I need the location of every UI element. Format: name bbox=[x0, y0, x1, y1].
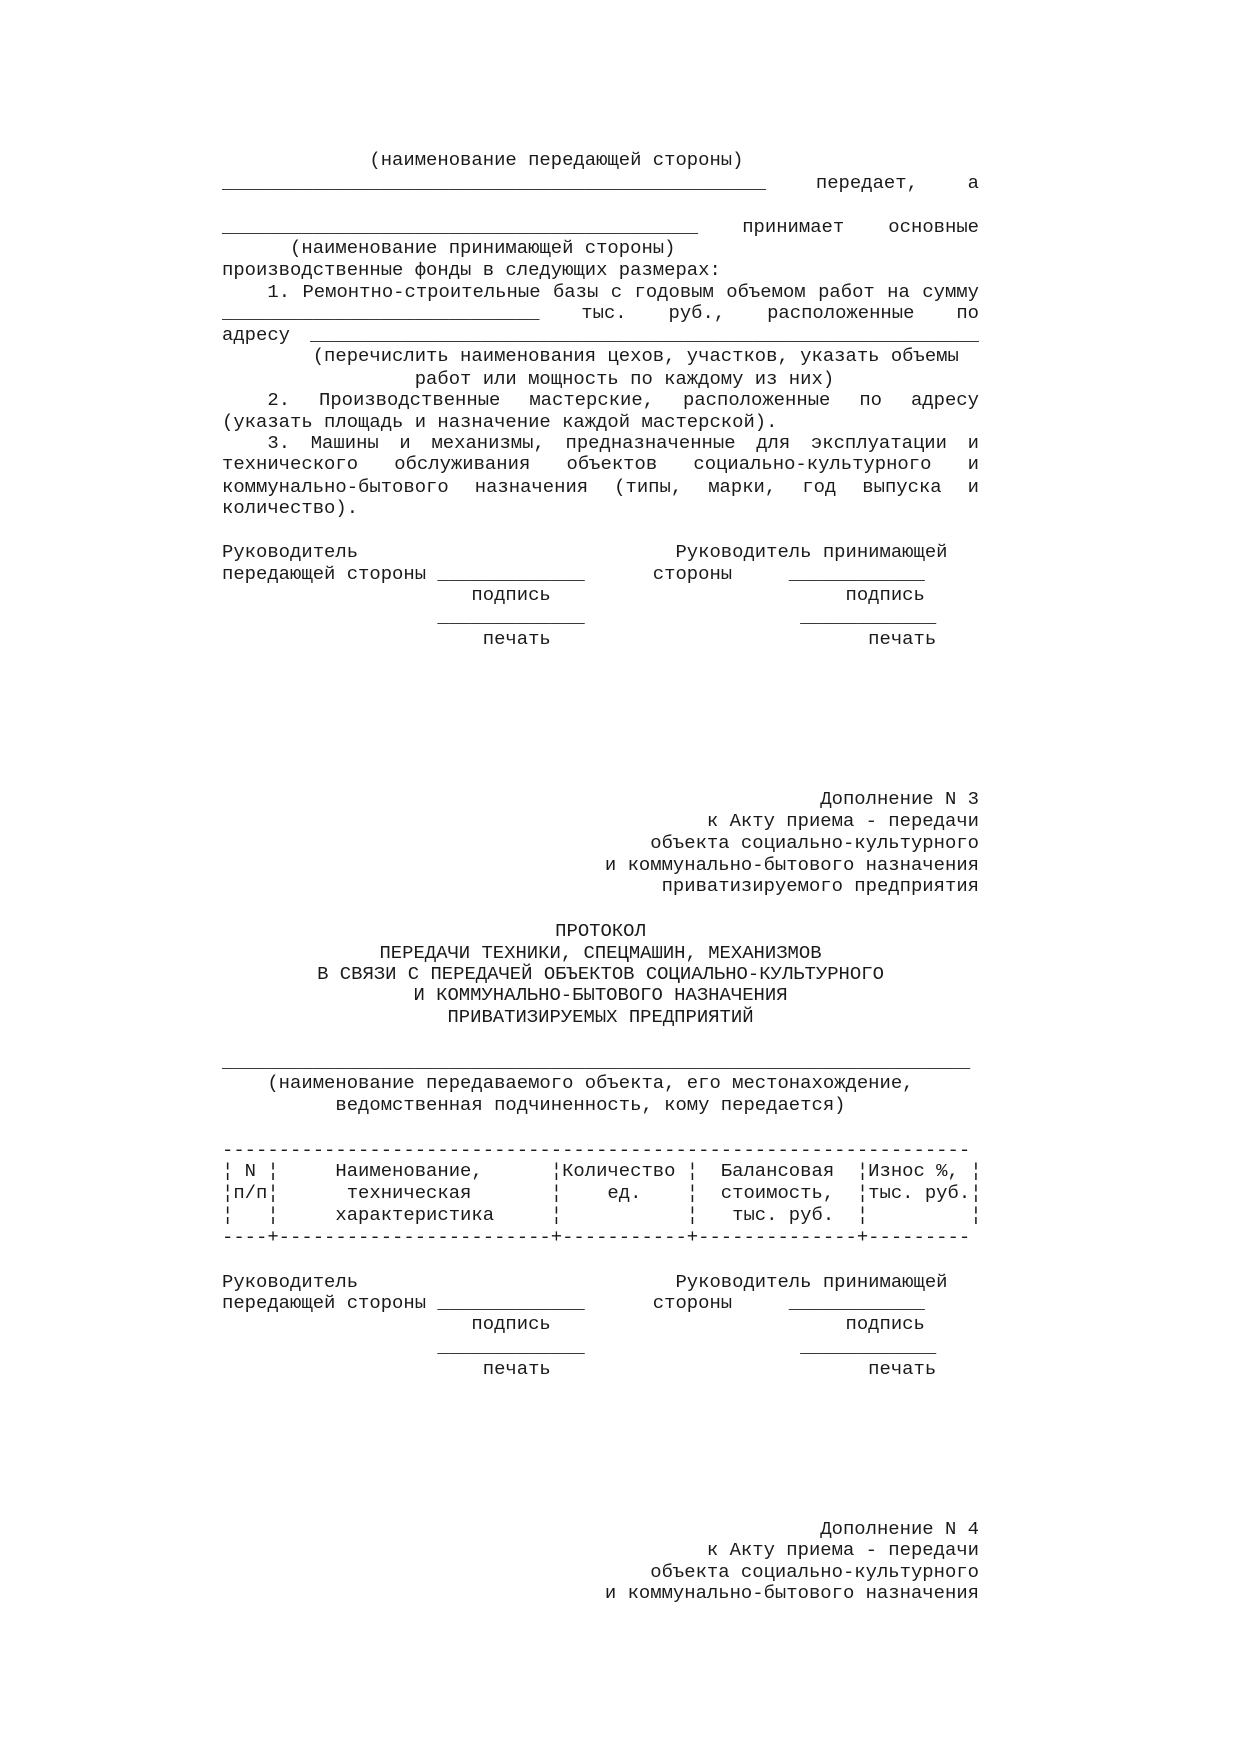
signature-heads-line: Руководитель Руководитель принимающей bbox=[222, 1271, 979, 1293]
document-page: (наименование передающей стороны) ______… bbox=[0, 0, 1240, 1755]
appendix-ref-line: и коммунально-бытового назначения bbox=[222, 1582, 979, 1604]
signature-caption-line: подпись подпись bbox=[222, 584, 979, 606]
appendix-ref-line: к Акту приема - передачи bbox=[222, 810, 979, 832]
table-header-row: ¦ ¦ характеристика ¦ ¦ тыс. руб. ¦ ¦ bbox=[222, 1204, 979, 1226]
appendix-ref-line: приватизируемого предприятия bbox=[222, 875, 979, 897]
sender-name-caption: (наименование передающей стороны) bbox=[222, 149, 979, 171]
receiver-name-caption: (наименование принимающей стороны) bbox=[222, 237, 979, 259]
appendix-number: Дополнение N 3 bbox=[222, 788, 979, 810]
appendix-ref-line: объекта социально-культурного bbox=[222, 832, 979, 854]
seal-fields-line: _____________ ____________ bbox=[222, 606, 979, 628]
appendix-number: Дополнение N 4 bbox=[222, 1518, 979, 1540]
title-line: И КОММУНАЛЬНО-БЫТОВОГО НАЗНАЧЕНИЯ bbox=[222, 984, 979, 1006]
item-3-line-4: количество). bbox=[222, 497, 979, 519]
receiver-name-field-line: ________________________________________… bbox=[222, 216, 979, 238]
signature-heads-line: Руководитель Руководитель принимающей bbox=[222, 541, 979, 563]
table-header-bottom-border: ----+------------------------+----------… bbox=[222, 1226, 979, 1248]
appendix-ref-line: и коммунально-бытового назначения bbox=[222, 854, 979, 876]
item-3-line: 3. Машины и механизмы, предназначенные д… bbox=[222, 432, 979, 454]
object-name-caption-2: ведомственная подчиненность, кому переда… bbox=[222, 1094, 979, 1116]
title-line: В СВЯЗИ С ПЕРЕДАЧЕЙ ОБЪЕКТОВ СОЦИАЛЬНО-К… bbox=[222, 963, 979, 985]
item-1-caption: (перечислить наименования цехов, участко… bbox=[222, 345, 979, 367]
table-header-row: ¦п/п¦ техническая ¦ ед. ¦ стоимость, ¦ты… bbox=[222, 1182, 979, 1204]
table-header-row: ¦ N ¦ Наименование, ¦Количество ¦ Баланс… bbox=[222, 1160, 979, 1182]
title-line: ПЕРЕДАЧИ ТЕХНИКИ, СПЕЦМАШИН, МЕХАНИЗМОВ bbox=[222, 942, 979, 964]
item-3-line-2: технического обслуживания объектов социа… bbox=[222, 453, 979, 475]
item-1-caption-2: работ или мощность по каждому из них) bbox=[222, 368, 979, 390]
item-1-line: 1. Ремонтно-строительные базы с годовым … bbox=[222, 281, 979, 303]
signature-fields-line: передающей стороны _____________ стороны… bbox=[222, 563, 979, 585]
appendix-ref-line: к Акту приема - передачи bbox=[222, 1539, 979, 1561]
signature-fields-line: передающей стороны _____________ стороны… bbox=[222, 1292, 979, 1314]
item-1-address-line: адресу _________________________________… bbox=[222, 324, 979, 346]
appendix-ref-line: объекта социально-культурного bbox=[222, 1561, 979, 1583]
item-2-line: 2. Производственные мастерские, располож… bbox=[222, 389, 979, 411]
paragraph-line: производственные фонды в следующих разме… bbox=[222, 259, 979, 281]
item-3-line-3: коммунально-бытового назначения (типы, м… bbox=[222, 476, 979, 498]
seal-fields-line: _____________ ____________ bbox=[222, 1336, 979, 1358]
item-2-line-2: (указать площадь и назначение каждой мас… bbox=[222, 411, 979, 433]
title-line: ПРИВАТИЗИРУЕМЫХ ПРЕДПРИЯТИЙ bbox=[222, 1006, 979, 1028]
title-line: ПРОТОКОЛ bbox=[222, 920, 979, 942]
item-1-sum-line: ____________________________ тыс. руб., … bbox=[222, 302, 979, 324]
seal-caption-line: печать печать bbox=[222, 628, 979, 650]
object-name-field-line: ________________________________________… bbox=[222, 1051, 979, 1073]
seal-caption-line: печать печать bbox=[222, 1358, 979, 1380]
signature-caption-line: подпись подпись bbox=[222, 1313, 979, 1335]
sender-name-field-line: ________________________________________… bbox=[222, 172, 979, 194]
object-name-caption: (наименование передаваемого объекта, его… bbox=[222, 1072, 979, 1094]
table-top-border: ----------------------------------------… bbox=[222, 1139, 979, 1161]
